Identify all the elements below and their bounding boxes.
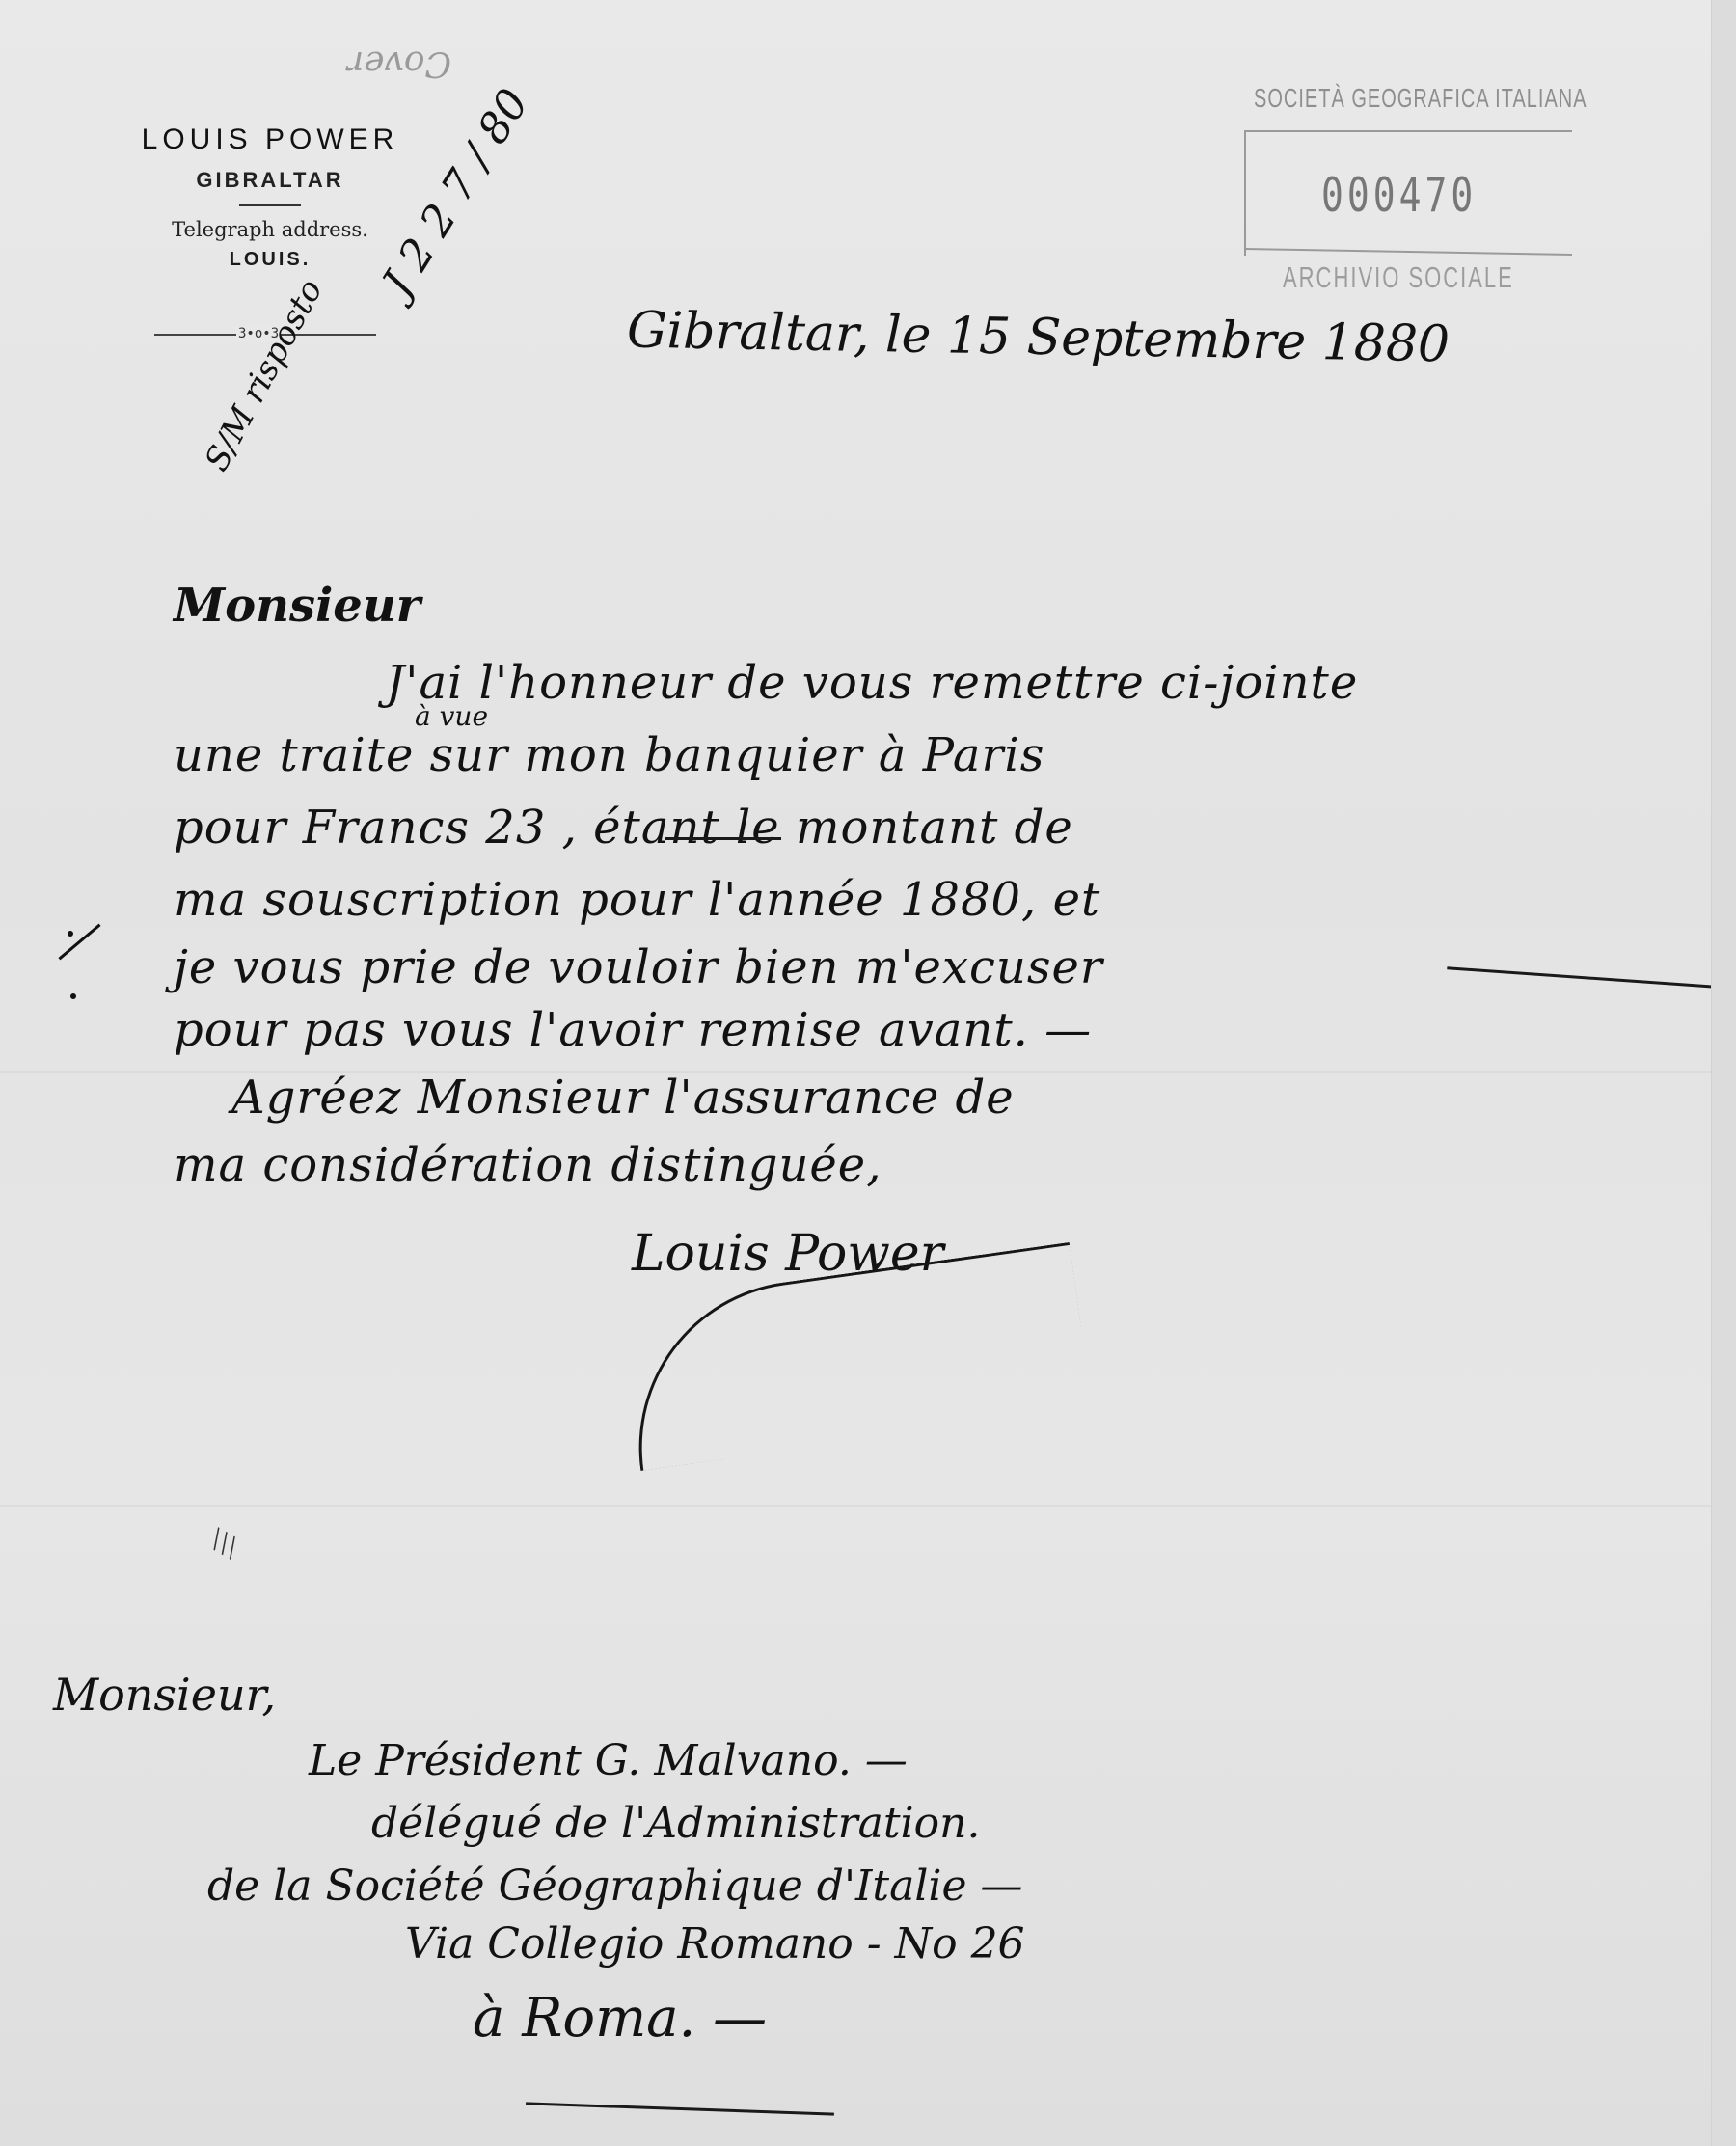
margin-slash-mark: [58, 924, 100, 961]
address-line-4: Via Collegio Romano - No 26: [405, 1919, 1025, 1969]
address-underline: [526, 2102, 834, 2115]
salutation: Monsieur: [174, 579, 420, 633]
stamp-title: SOCIETÀ GEOGRAFICA ITALIANA: [1254, 84, 1587, 115]
body-line-7: Agréez Monsieur l'assurance de: [231, 1071, 1015, 1125]
body-line-1: J'ai l'honneur de vous remettre ci-joint…: [386, 656, 1358, 710]
body-line-4: ma souscription pour l'année 1880, et: [174, 873, 1100, 927]
body-line-3: pour Francs 23 , étant le montant de: [174, 801, 1073, 855]
body-line-5: je vous prie de vouloir bien m'excuser: [174, 940, 1103, 994]
letterhead-city: GIBRALTAR: [106, 168, 434, 193]
archive-number: 000470: [1321, 167, 1477, 222]
address-line-5: à Roma. —: [473, 1987, 767, 2050]
side-note-annotation: S/M risposto: [198, 273, 331, 477]
line-filler-dash: [1447, 966, 1717, 989]
letter-paper: LOUIS POWER GIBRALTAR Telegraph address.…: [0, 0, 1712, 2146]
faint-reverse-note: Cover: [347, 43, 451, 83]
paper-fold: [0, 1505, 1712, 1507]
address-line-3: de la Société Géographique d'Italie —: [207, 1861, 1023, 1911]
letterhead-rule: [239, 204, 301, 206]
body-line-6: pour pas vous l'avoir remise avant. —: [174, 1003, 1092, 1057]
ink-smudge-mark: \\\: [203, 1521, 245, 1566]
address-salutation: Monsieur,: [53, 1669, 276, 1721]
address-line-2: délégué de l'Administration.: [371, 1799, 980, 1848]
stamp-rule: [1244, 130, 1572, 132]
archive-stamp: SOCIETÀ GEOGRAFICA ITALIANA 000470 ARCHI…: [1244, 77, 1591, 299]
body-line-2: une traite sur mon banquier à Paris: [174, 728, 1044, 782]
body-line-8: ma considération distinguée,: [174, 1138, 882, 1192]
stamp-rule: [1244, 248, 1572, 256]
margin-dot: [70, 993, 76, 999]
telegraph-label: Telegraph address.: [106, 218, 434, 241]
amount-underline: [665, 837, 781, 840]
address-line-1: Le Président G. Malvano. —: [309, 1736, 908, 1785]
stamp-border: [1244, 130, 1246, 256]
dateline: Gibraltar, le 15 Septembre 1880: [627, 302, 1451, 374]
letterhead: LOUIS POWER GIBRALTAR Telegraph address.…: [106, 123, 434, 271]
paper-edge: [1711, 0, 1736, 2146]
margin-dot: [68, 931, 73, 937]
stamp-footer: ARCHIVIO SOCIALE: [1283, 260, 1514, 295]
letterhead-name: LOUIS POWER: [106, 123, 434, 156]
